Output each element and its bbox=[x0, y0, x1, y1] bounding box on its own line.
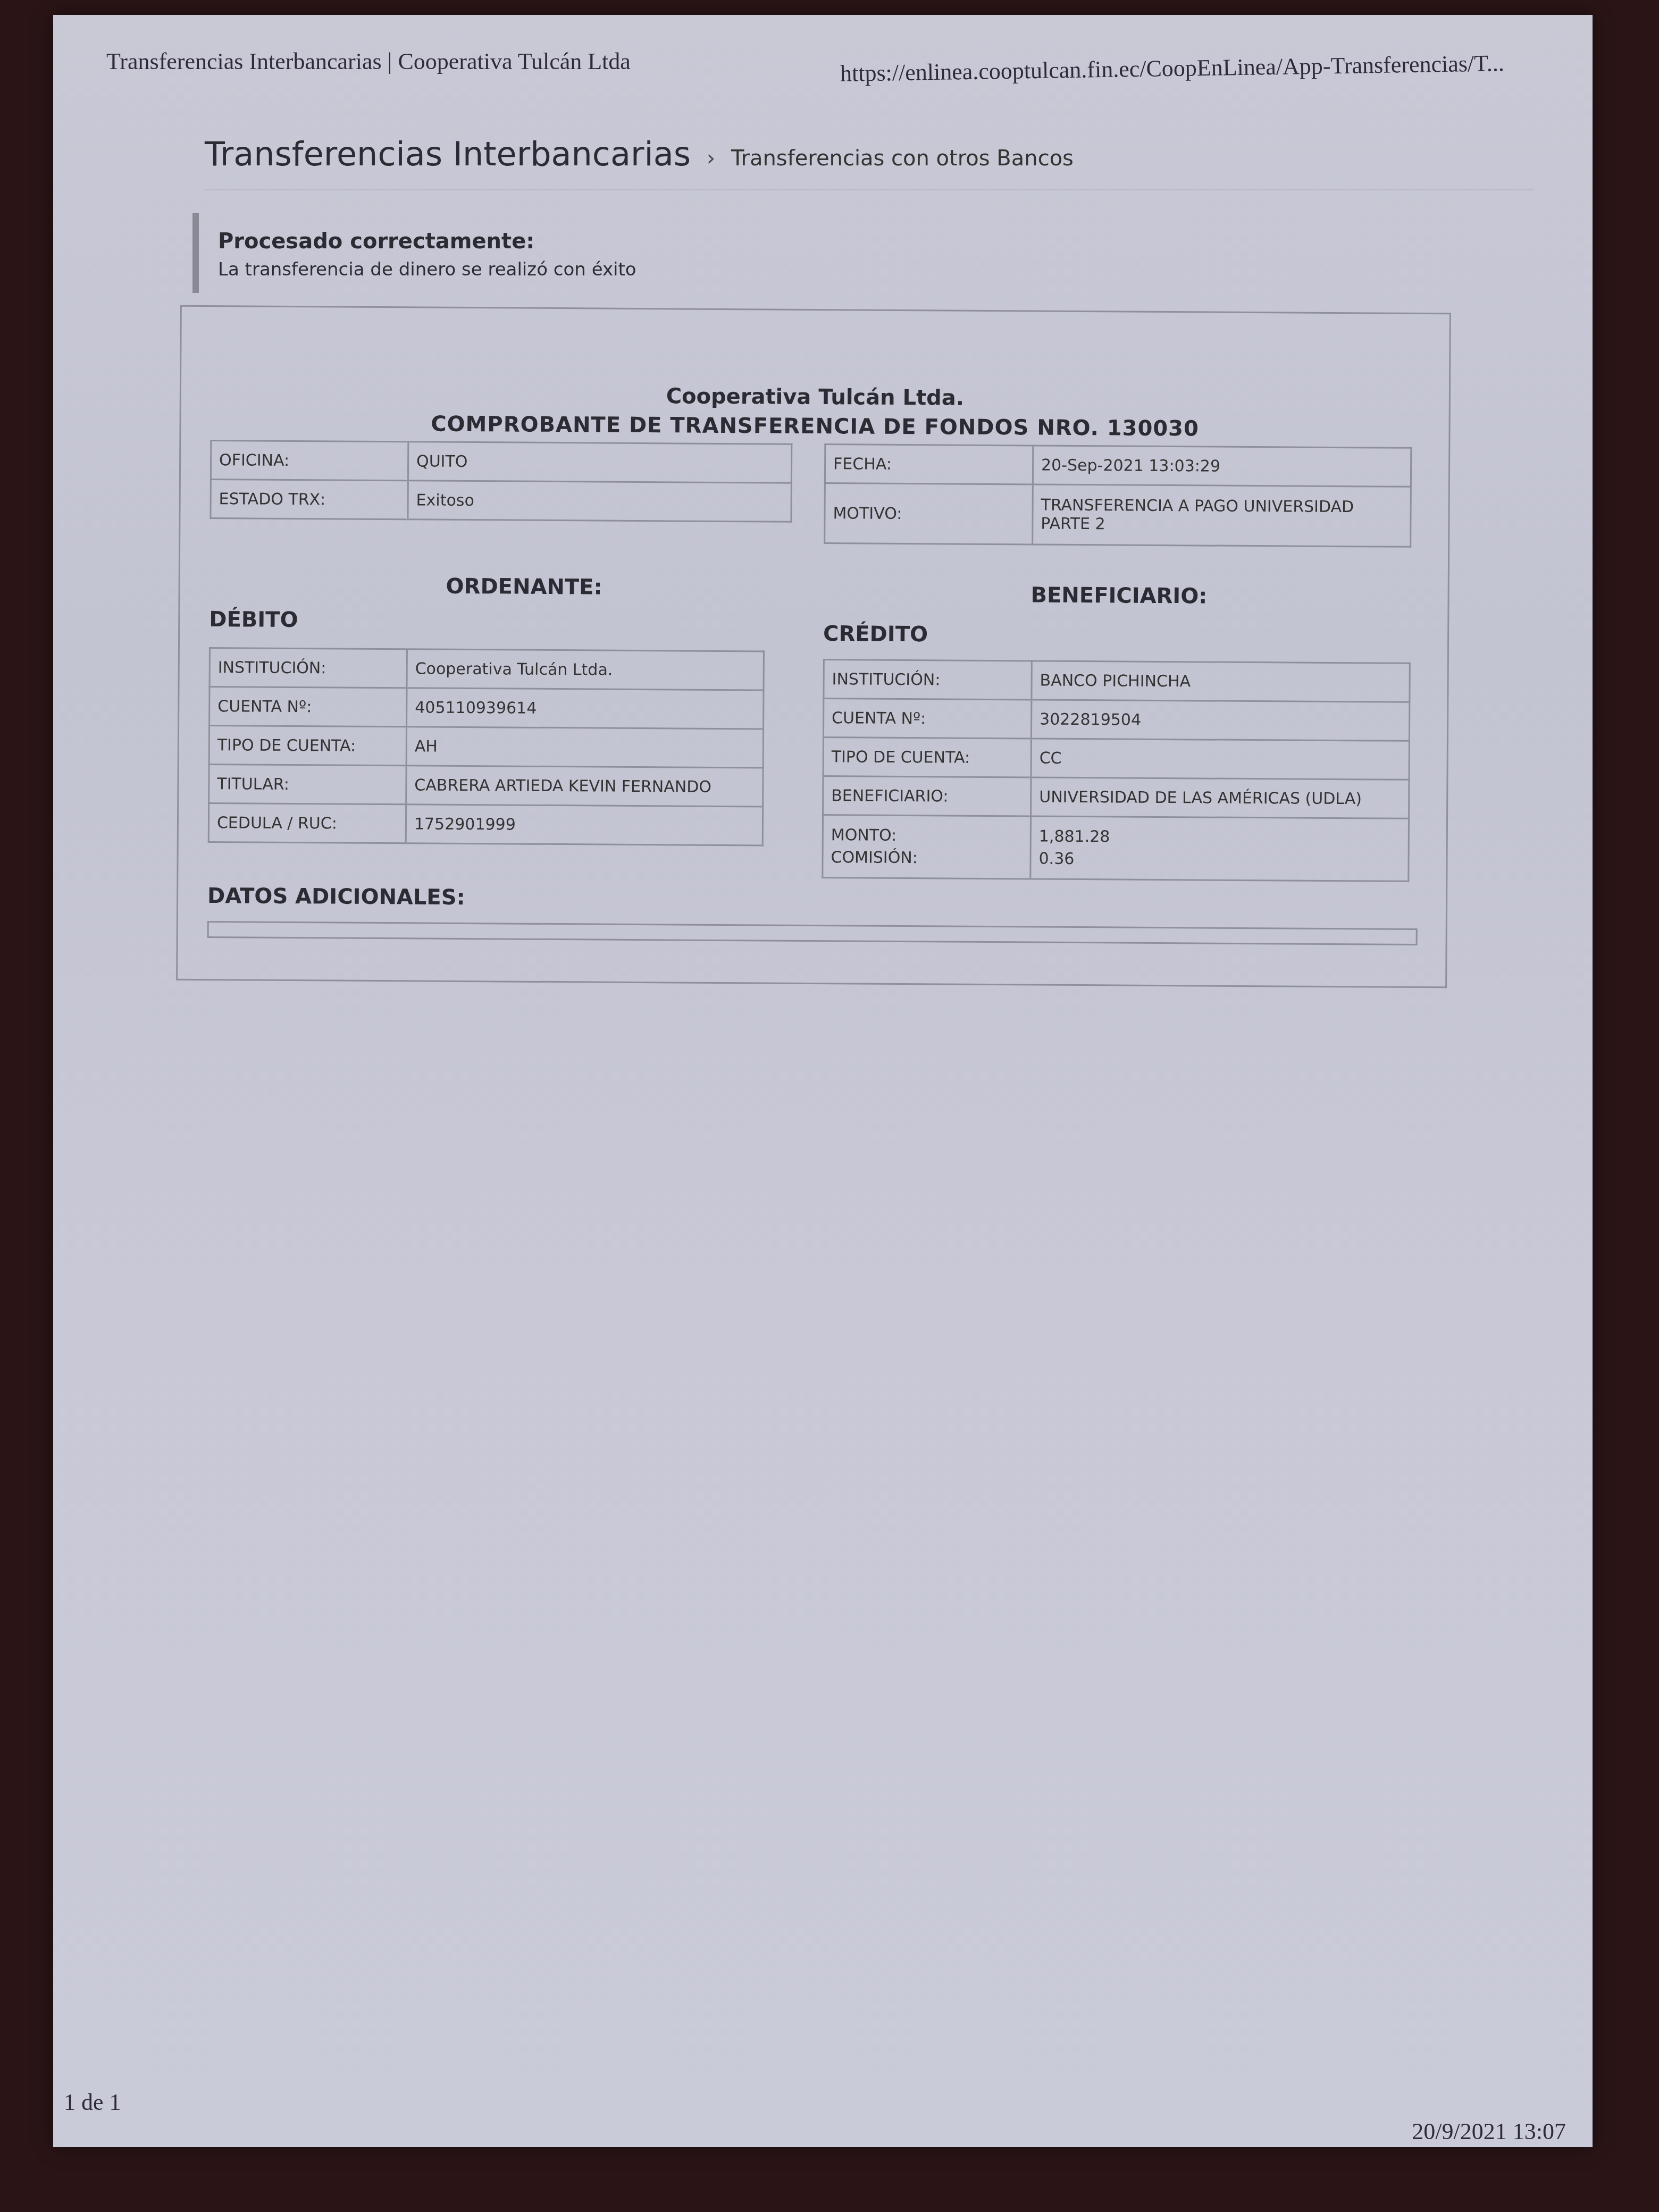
success-alert: Procesado correctamente: La transferenci… bbox=[192, 213, 1522, 293]
beneficiario-heading: BENEFICIARIO: bbox=[1030, 583, 1207, 608]
table-row: FECHA: 20-Sep-2021 13:03:29 bbox=[825, 445, 1411, 487]
field-value: AH bbox=[406, 727, 763, 768]
page-number: 1 de 1 bbox=[64, 2089, 121, 2116]
oficina-value: QUITO bbox=[408, 442, 791, 483]
field-value: CC bbox=[1031, 739, 1409, 780]
table-row: INSTITUCIÓN: Cooperativa Tulcán Ltda. bbox=[210, 648, 764, 690]
comision-label: COMISIÓN: bbox=[831, 847, 1022, 870]
motivo-value: TRANSFERENCIA A PAGO UNIVERSIDAD PARTE 2 bbox=[1033, 484, 1411, 547]
field-label: CEDULA / RUC: bbox=[208, 803, 406, 843]
field-label: BENEFICIARIO: bbox=[823, 776, 1031, 816]
field-label: CUENTA Nº: bbox=[823, 699, 1031, 739]
credito-heading: CRÉDITO bbox=[823, 622, 928, 647]
table-row: ESTADO TRX: Exitoso bbox=[211, 480, 791, 522]
debito-heading: DÉBITO bbox=[209, 607, 298, 632]
page-header: Transferencias Interbancarias › Transfer… bbox=[205, 135, 1534, 190]
table-row: OFICINA: QUITO bbox=[211, 441, 791, 483]
print-header-title: Transferencias Interbancarias | Cooperat… bbox=[106, 48, 631, 75]
monto-value: 1,881.28 bbox=[1039, 825, 1401, 850]
field-value: 3022819504 bbox=[1031, 700, 1409, 741]
estado-value: Exitoso bbox=[408, 481, 791, 522]
field-value: CABRERA ARTIEDA KEVIN FERNANDO bbox=[406, 766, 763, 807]
table-row: TITULAR: CABRERA ARTIEDA KEVIN FERNANDO bbox=[209, 765, 763, 807]
info-table-right: FECHA: 20-Sep-2021 13:03:29 MOTIVO: TRAN… bbox=[824, 443, 1412, 548]
breadcrumb: Transferencias con otros Bancos bbox=[731, 146, 1074, 171]
ordenante-heading: ORDENANTE: bbox=[446, 574, 602, 600]
field-label: OFICINA: bbox=[211, 441, 408, 481]
ordenante-table: INSTITUCIÓN: Cooperativa Tulcán Ltda. CU… bbox=[208, 647, 765, 846]
print-header-url: https://enlinea.cooptulcan.fin.ec/CoopEn… bbox=[840, 49, 1504, 87]
field-label: MOTIVO: bbox=[825, 483, 1033, 544]
table-row: INSTITUCIÓN: BANCO PICHINCHA bbox=[824, 660, 1410, 702]
amount-labels: MONTO: COMISIÓN: bbox=[823, 815, 1031, 879]
table-row: MOTIVO: TRANSFERENCIA A PAGO UNIVERSIDAD… bbox=[825, 483, 1411, 547]
table-row: CEDULA / RUC: 1752901999 bbox=[208, 803, 763, 845]
table-row: TIPO DE CUENTA: AH bbox=[209, 726, 763, 768]
field-value: Cooperativa Tulcán Ltda. bbox=[407, 649, 764, 690]
datos-adicionales-heading: DATOS ADICIONALES: bbox=[207, 884, 465, 910]
table-row: BENEFICIARIO: UNIVERSIDAD DE LAS AMÉRICA… bbox=[823, 776, 1409, 819]
field-label: TITULAR: bbox=[209, 765, 406, 805]
table-row: MONTO: COMISIÓN: 1,881.28 0.36 bbox=[823, 815, 1409, 882]
field-label: ESTADO TRX: bbox=[211, 480, 408, 520]
field-label: TIPO DE CUENTA: bbox=[209, 726, 406, 766]
table-row: CUENTA Nº: 405110939614 bbox=[210, 687, 764, 729]
monto-label: MONTO: bbox=[831, 824, 1023, 848]
field-label: CUENTA Nº: bbox=[210, 687, 407, 727]
printed-page: Transferencias Interbancarias | Cooperat… bbox=[53, 15, 1593, 2147]
alert-message: La transferencia de dinero se realizó co… bbox=[218, 259, 1522, 280]
field-value: UNIVERSIDAD DE LAS AMÉRICAS (UDLA) bbox=[1031, 777, 1409, 818]
field-label: FECHA: bbox=[825, 445, 1033, 484]
info-table-left: OFICINA: QUITO ESTADO TRX: Exitoso bbox=[210, 440, 792, 523]
field-value: 405110939614 bbox=[407, 688, 764, 729]
field-label: INSTITUCIÓN: bbox=[824, 660, 1032, 700]
page-title: Transferencias Interbancarias bbox=[205, 135, 691, 173]
field-value: BANCO PICHINCHA bbox=[1032, 661, 1410, 702]
chevron-right-icon: › bbox=[707, 146, 715, 171]
field-value: 1752901999 bbox=[406, 805, 763, 845]
datos-adicionales-box bbox=[207, 921, 1418, 945]
beneficiario-table: INSTITUCIÓN: BANCO PICHINCHA CUENTA Nº: … bbox=[822, 659, 1411, 882]
receipt-title: COMPROBANTE DE TRANSFERENCIA DE FONDOS N… bbox=[181, 410, 1448, 443]
table-row: CUENTA Nº: 3022819504 bbox=[823, 699, 1409, 741]
comision-value: 0.36 bbox=[1038, 848, 1400, 872]
receipt-org-name: Cooperativa Tulcán Ltda. bbox=[181, 381, 1449, 414]
amount-values: 1,881.28 0.36 bbox=[1030, 816, 1409, 881]
table-row: TIPO DE CUENTA: CC bbox=[823, 738, 1409, 780]
field-label: TIPO DE CUENTA: bbox=[823, 738, 1031, 777]
alert-title: Procesado correctamente: bbox=[218, 229, 1522, 254]
transfer-receipt: Cooperativa Tulcán Ltda. COMPROBANTE DE … bbox=[176, 305, 1451, 988]
fecha-value: 20-Sep-2021 13:03:29 bbox=[1033, 446, 1411, 487]
print-datetime: 20/9/2021 13:07 bbox=[1412, 2118, 1566, 2145]
field-label: INSTITUCIÓN: bbox=[210, 648, 407, 688]
